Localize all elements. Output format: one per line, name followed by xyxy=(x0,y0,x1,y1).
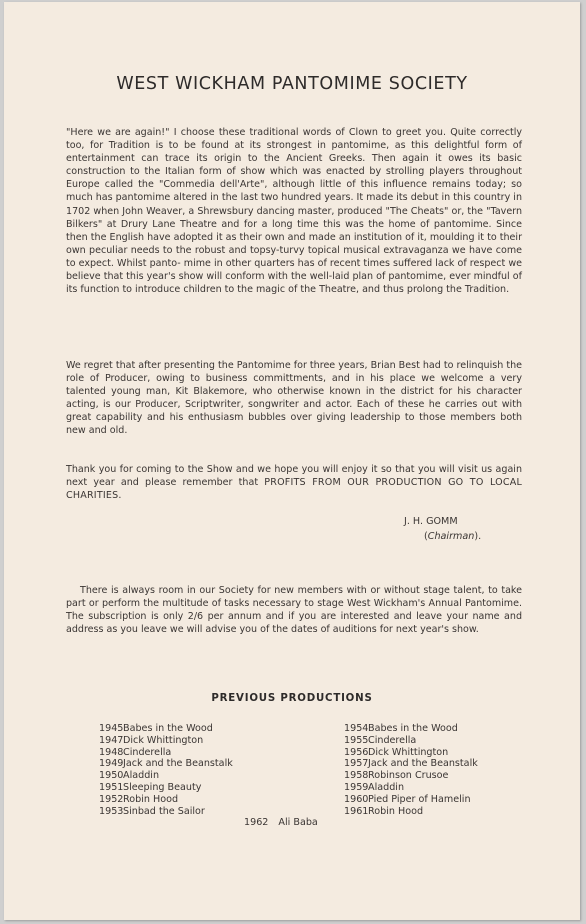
production-title: Aladdin xyxy=(368,782,404,793)
production-year: 1958 xyxy=(344,770,368,782)
production-title: Dick Whittington xyxy=(368,747,448,758)
production-year: 1949 xyxy=(99,758,123,770)
production-year: 1951 xyxy=(99,782,123,794)
signature-role-text: Chairman xyxy=(428,531,475,542)
production-item: 1947Dick Whittington xyxy=(99,735,233,747)
production-item: 1960Pied Piper of Hamelin xyxy=(344,794,478,806)
paragraph-thank-you: Thank you for coming to the Show and we … xyxy=(66,463,522,502)
production-item: 1956Dick Whittington xyxy=(344,747,478,759)
production-year: 1950 xyxy=(99,770,123,782)
production-year: 1954 xyxy=(344,723,368,735)
page-title: WEST WICKHAM PANTOMIME SOCIETY xyxy=(4,74,580,94)
signature-role: (Chairman). xyxy=(424,531,481,542)
production-year: 1952 xyxy=(99,794,123,806)
production-year: 1957 xyxy=(344,758,368,770)
signature-name: J. H. GOMM xyxy=(404,516,458,527)
production-title: Babes in the Wood xyxy=(123,723,213,734)
production-year: 1956 xyxy=(344,747,368,759)
production-year: 1962 xyxy=(244,817,268,828)
production-item: 1950Aladdin xyxy=(99,770,233,782)
paragraph-producer: We regret that after presenting the Pant… xyxy=(66,359,522,438)
production-year: 1955 xyxy=(344,735,368,747)
production-item: 1948Cinderella xyxy=(99,747,233,759)
production-year: 1961 xyxy=(344,806,368,818)
production-title: Jack and the Beanstalk xyxy=(123,758,233,769)
production-title: Dick Whittington xyxy=(123,735,203,746)
production-year: 1947 xyxy=(99,735,123,747)
production-title: Robinson Crusoe xyxy=(368,770,448,781)
production-year: 1945 xyxy=(99,723,123,735)
production-item: 1958Robinson Crusoe xyxy=(344,770,478,782)
production-title: Robin Hood xyxy=(123,794,178,805)
production-year: 1959 xyxy=(344,782,368,794)
production-title: Aladdin xyxy=(123,770,159,781)
production-item: 1961Robin Hood xyxy=(344,806,478,818)
previous-productions-heading: PREVIOUS PRODUCTIONS xyxy=(4,693,580,704)
paren-close: ). xyxy=(474,531,481,542)
production-item: 1954Babes in the Wood xyxy=(344,723,478,735)
production-item: 1951Sleeping Beauty xyxy=(99,782,233,794)
programme-page: WEST WICKHAM PANTOMIME SOCIETY "Here we … xyxy=(4,2,580,920)
productions-left-column: 1945Babes in the Wood1947Dick Whittingto… xyxy=(99,723,233,817)
paragraph-introduction: "Here we are again!" I choose these trad… xyxy=(66,126,522,296)
production-item: 1949Jack and the Beanstalk xyxy=(99,758,233,770)
paragraph-membership: There is always room in our Society for … xyxy=(66,584,522,636)
production-item-final: 1962Ali Baba xyxy=(244,817,318,828)
production-year: 1948 xyxy=(99,747,123,759)
production-title: Robin Hood xyxy=(368,806,423,817)
production-title: Cinderella xyxy=(123,747,171,758)
production-item: 1945Babes in the Wood xyxy=(99,723,233,735)
production-title: Babes in the Wood xyxy=(368,723,458,734)
production-title: Pied Piper of Hamelin xyxy=(368,794,471,805)
production-item: 1957Jack and the Beanstalk xyxy=(344,758,478,770)
production-title: Jack and the Beanstalk xyxy=(368,758,478,769)
production-title: Cinderella xyxy=(368,735,416,746)
production-year: 1960 xyxy=(344,794,368,806)
production-title: Sleeping Beauty xyxy=(123,782,201,793)
production-year: 1953 xyxy=(99,806,123,818)
productions-right-column: 1954Babes in the Wood1955Cinderella1956D… xyxy=(344,723,478,817)
production-item: 1955Cinderella xyxy=(344,735,478,747)
production-item: 1953Sinbad the Sailor xyxy=(99,806,233,818)
production-item: 1952Robin Hood xyxy=(99,794,233,806)
production-title: Ali Baba xyxy=(278,817,317,828)
production-title: Sinbad the Sailor xyxy=(123,806,205,817)
production-item: 1959Aladdin xyxy=(344,782,478,794)
